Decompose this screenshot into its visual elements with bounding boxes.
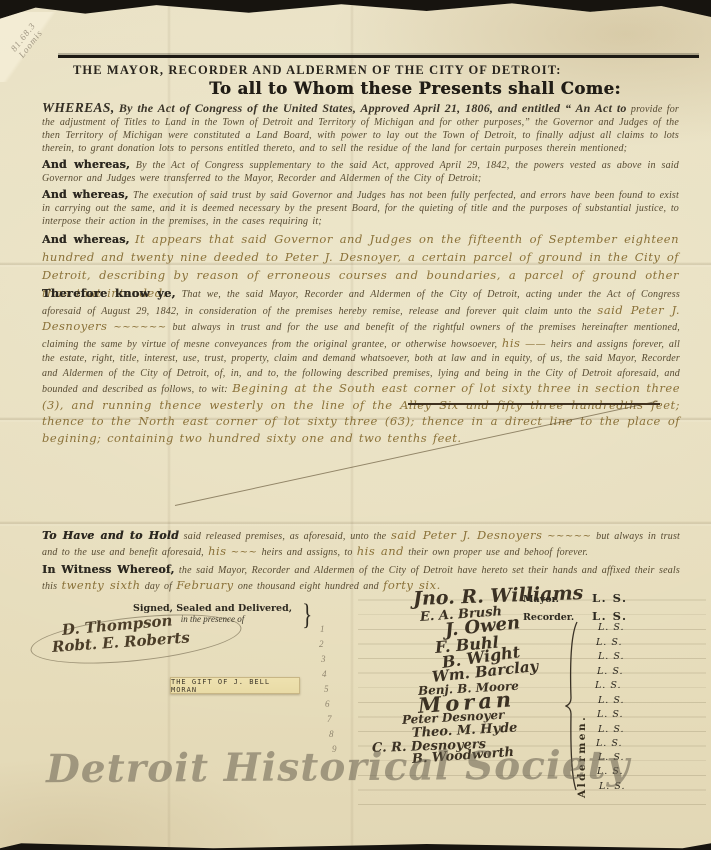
- pencil-number: 3: [321, 654, 326, 664]
- fold-crease: [0, 521, 711, 526]
- alderman-seal: L. S.: [595, 680, 622, 691]
- mayor-seal: L. S.: [592, 591, 628, 605]
- pencil-number: 7: [327, 714, 332, 724]
- closing-clauses: To Have and to Hold said released premis…: [42, 528, 680, 594]
- pencil-number: 6: [325, 699, 330, 709]
- alderman-seal: L. S.: [597, 709, 624, 720]
- mayor-title-label: Mayor.: [523, 594, 559, 605]
- habendum-clause: To Have and to Hold said released premis…: [42, 528, 680, 560]
- gift-provenance-label: THE GIFT OF J. BELL MORAN: [170, 677, 300, 694]
- pencil-number: 4: [322, 669, 327, 679]
- and-whereas-lead: And whereas,: [42, 188, 129, 201]
- whereas-paragraph-2: And whereas, By the Act of Congress supp…: [42, 158, 679, 185]
- archive-watermark: Detroit Historical Society: [46, 742, 686, 792]
- pencil-number: 5: [324, 684, 329, 694]
- document-paper: 81.68.3 Loomis THE MAYOR, RECORDER AND A…: [0, 0, 711, 850]
- alderman-seal: L. S.: [597, 666, 624, 677]
- alderman-seal: L. S.: [598, 724, 625, 735]
- preamble: WHEREAS, By the Act of Congress of the U…: [42, 101, 679, 306]
- whereas-lead: WHEREAS,: [42, 100, 115, 115]
- handwritten-month: February: [176, 578, 233, 592]
- recorder-seal: L. S.: [592, 609, 628, 623]
- pencil-number: 8: [329, 729, 334, 739]
- ink-underline-stroke: [408, 403, 660, 405]
- witness-clause: In Witness Whereof, the said Mayor, Reco…: [42, 563, 680, 594]
- attestation-brace: }: [302, 598, 312, 632]
- whereas-paragraph-1: WHEREAS, By the Act of Congress of the U…: [42, 101, 679, 155]
- ink-flourish: ~~~~~: [547, 531, 591, 542]
- operative-clause: Therefore know ye, That we, the said May…: [42, 286, 680, 447]
- issuer-heading: THE MAYOR, RECORDER AND ALDERMEN OF THE …: [73, 63, 562, 78]
- pencil-number: 2: [319, 639, 324, 649]
- salutation-heading: To all to Whom these Presents shall Come…: [130, 79, 700, 98]
- alderman-seal: L. S.: [596, 637, 623, 648]
- ink-flourish: ~~~: [231, 547, 258, 558]
- to-have-and-hold-lead: To Have and to Hold: [42, 529, 179, 542]
- in-witness-whereof-lead: In Witness Whereof,: [42, 563, 175, 576]
- ink-flourish: ~~~~~~: [113, 322, 166, 333]
- top-rule: [58, 55, 699, 58]
- pencil-number: 1: [320, 624, 325, 634]
- signed-sealed-line: Signed, Sealed and Delivered,: [120, 603, 305, 614]
- alderman-seal: L. S.: [598, 695, 625, 706]
- handwritten-day: twenty sixth: [61, 578, 140, 592]
- alderman-seal: L. S.: [598, 651, 625, 662]
- ink-flourish: ——: [525, 339, 546, 350]
- and-whereas-lead: And whereas,: [42, 158, 130, 171]
- and-whereas-lead: And whereas,: [42, 233, 130, 246]
- alderman-seal: L. S.: [598, 622, 625, 633]
- therefore-lead: Therefore know ye,: [42, 286, 176, 300]
- whereas-paragraph-3: And whereas, The execution of said trust…: [42, 188, 679, 228]
- scanned-deed-document: { "meta": { "kind": "Historical scanned …: [0, 0, 711, 850]
